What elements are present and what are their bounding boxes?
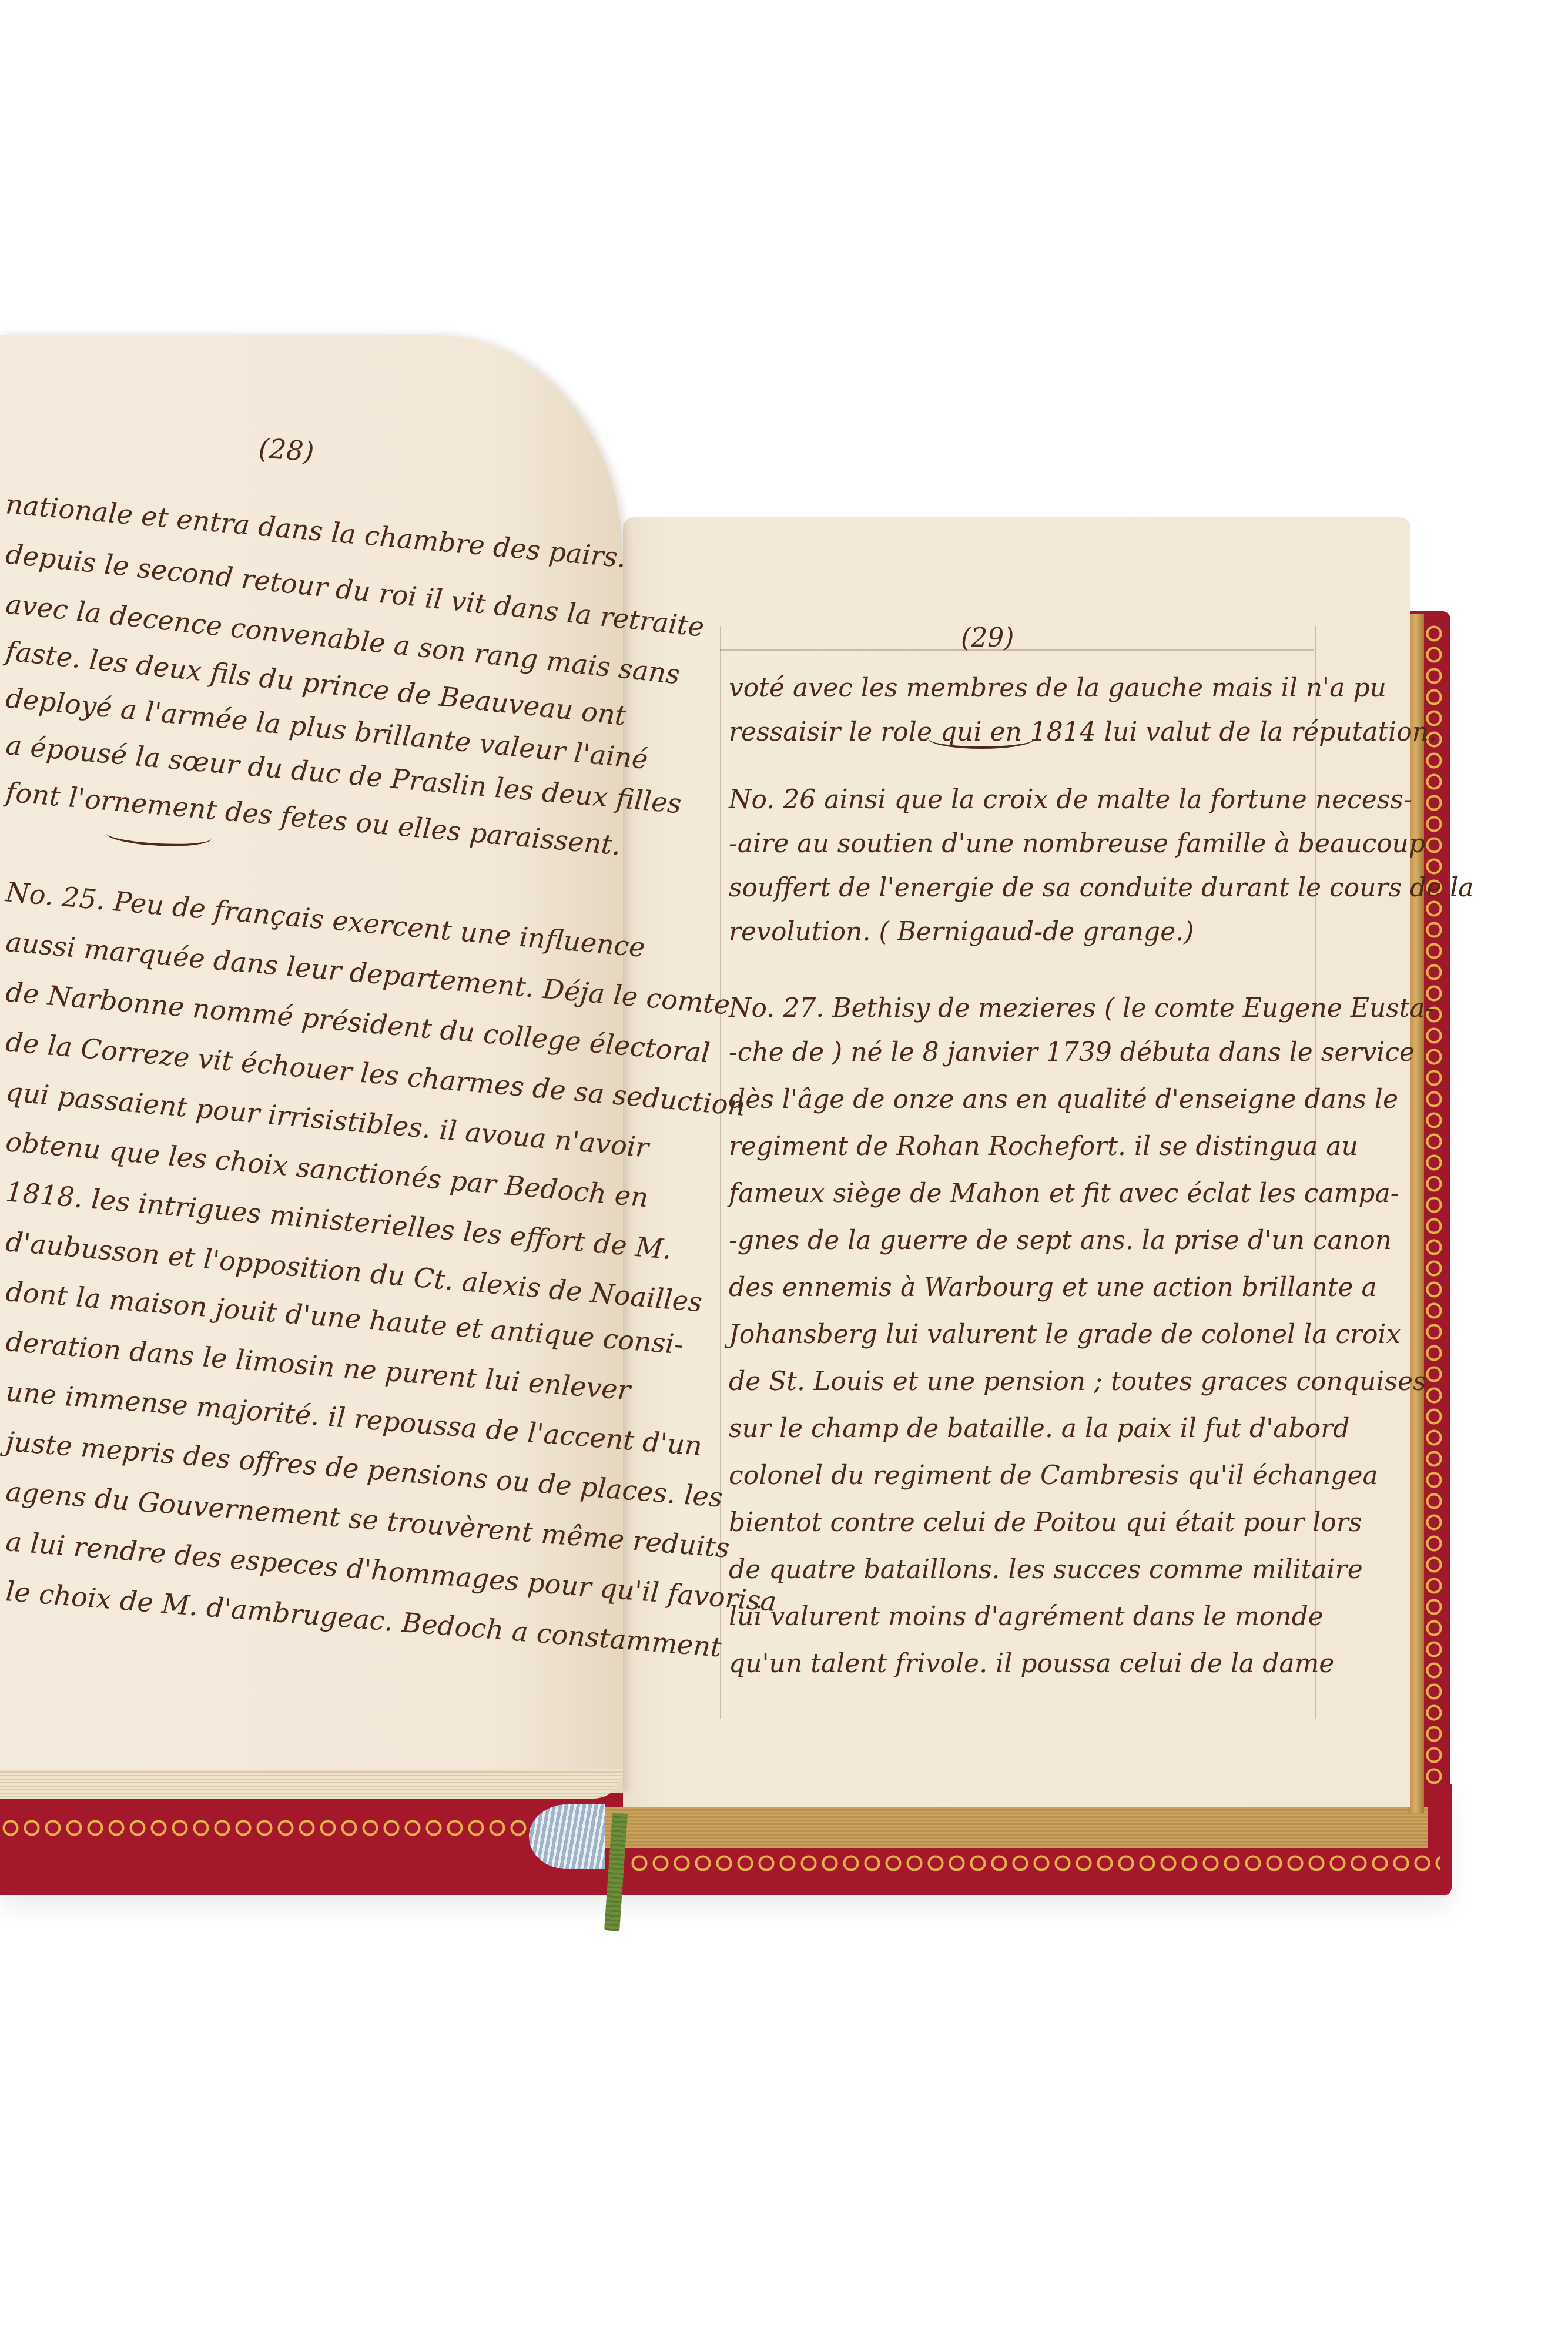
manuscript-line: fameux siège de Mahon et fit avec éclat … xyxy=(729,1178,1399,1208)
ruled-header-line xyxy=(720,649,1314,651)
left-page-stack-edge xyxy=(0,1769,623,1799)
manuscript-line: colonel du regiment de Cambresis qu'il é… xyxy=(729,1461,1378,1491)
headband xyxy=(529,1804,605,1869)
gilt-rope-border-right xyxy=(1422,623,1446,1887)
manuscript-line: No. 27. Bethisy de mezieres ( le comte E… xyxy=(729,993,1434,1023)
manuscript-line: souffert de l'energie de sa conduite dur… xyxy=(729,873,1474,903)
manuscript-line: -che de ) né le 8 janvier 1739 débuta da… xyxy=(729,1037,1415,1067)
manuscript-line: sur le champ de bataille. a la paix il f… xyxy=(729,1414,1349,1444)
manuscript-line: regiment de Rohan Rochefort. il se disti… xyxy=(729,1131,1358,1161)
manuscript-line: -gnes de la guerre de sept ans. la prise… xyxy=(729,1225,1392,1255)
left-page-number: (28) xyxy=(257,432,315,467)
manuscript-line: dès l'âge de onze ans en qualité d'ensei… xyxy=(729,1084,1398,1114)
manuscript-line: des ennemis à Warbourg et une action bri… xyxy=(729,1272,1377,1302)
section-flourish xyxy=(929,729,1034,749)
manuscript-line: No. 26 ainsi que la croix de malte la fo… xyxy=(729,785,1412,815)
manuscript-line: Johansberg lui valurent le grade de colo… xyxy=(729,1319,1401,1349)
manuscript-line: -aire au soutien d'une nombreuse famille… xyxy=(729,829,1425,859)
gilt-page-edges xyxy=(588,1807,1428,1848)
manuscript-line: qu'un talent frivole. il poussa celui de… xyxy=(729,1649,1334,1679)
right-page-number: (29) xyxy=(961,623,1014,653)
manuscript-line: de St. Louis et une pension ; toutes gra… xyxy=(729,1367,1426,1396)
gilt-rope-border-bottom-left xyxy=(0,1816,529,1840)
manuscript-line: revolution. ( Bernigaud-de grange.) xyxy=(729,917,1194,947)
manuscript-line: voté avec les membres de la gauche mais … xyxy=(729,673,1386,703)
gilt-rope-border-bottom-right xyxy=(629,1851,1440,1875)
manuscript-line: lui valurent moins d'agrément dans le mo… xyxy=(729,1602,1324,1632)
manuscript-line: de quatre bataillons. les succes comme m… xyxy=(729,1555,1363,1585)
manuscript-line: ressaisir le role qui en 1814 lui valut … xyxy=(729,717,1437,747)
manuscript-line: bientot contre celui de Poitou qui était… xyxy=(729,1508,1362,1538)
book-photograph: (28) nationale et entra dans la chambre … xyxy=(0,0,1568,2351)
